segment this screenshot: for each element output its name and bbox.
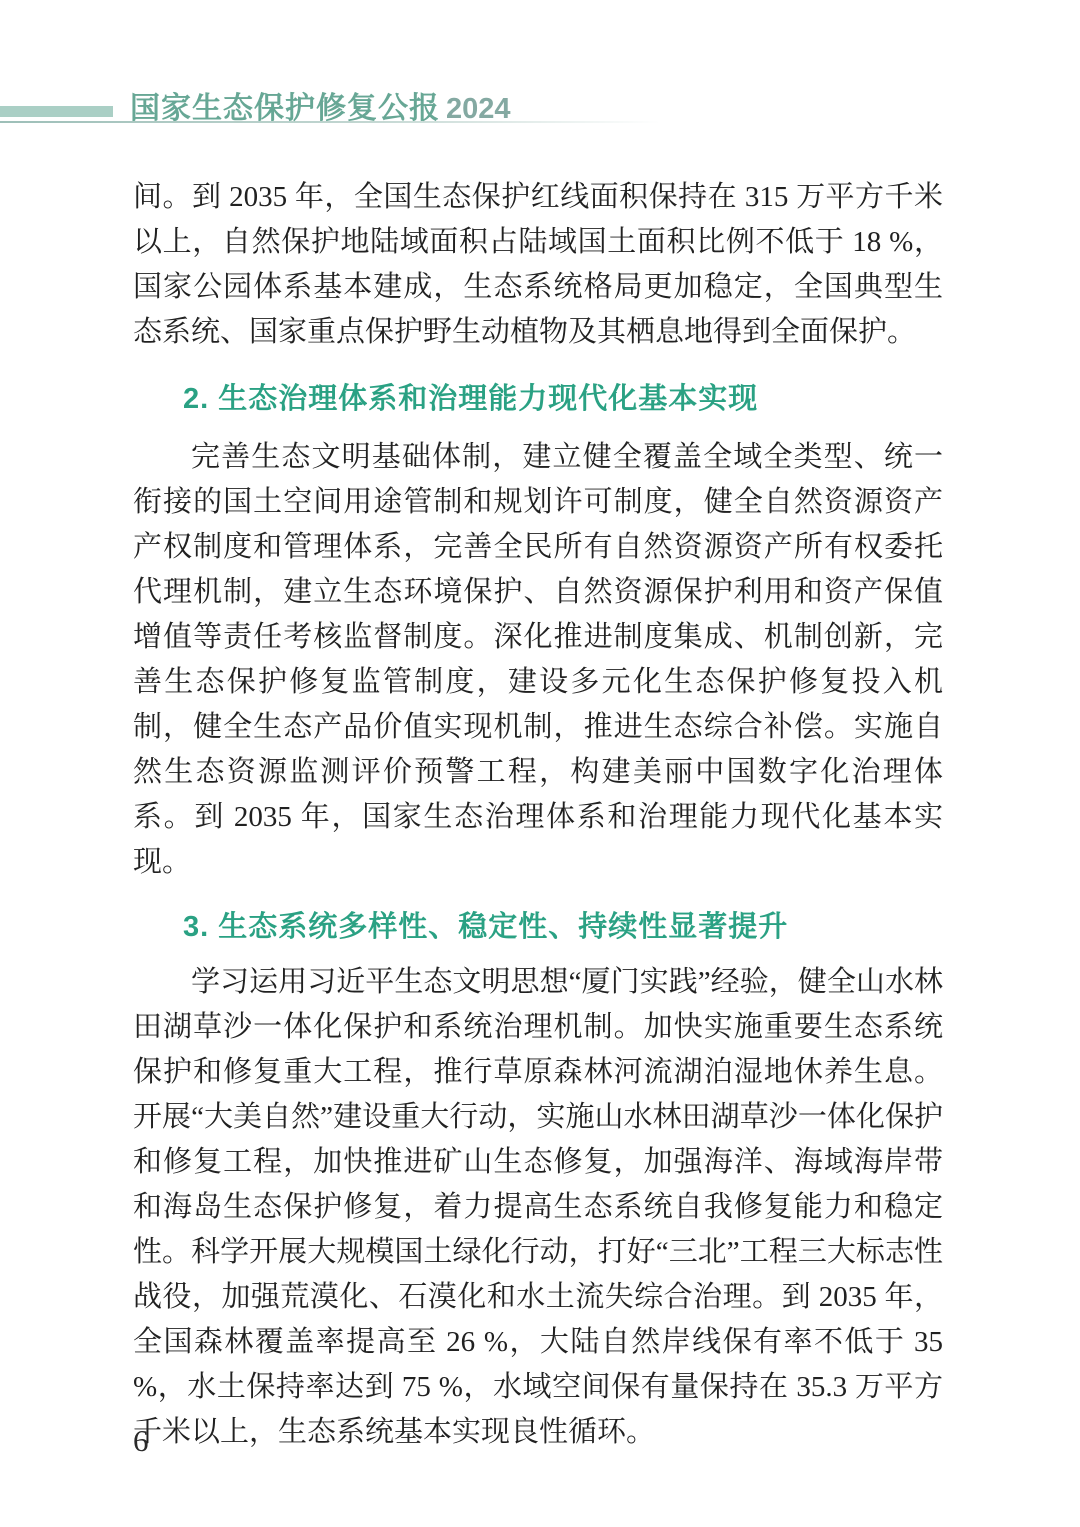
page-content: 间。到 2035 年，全国生态保护红线面积保持在 315 万平方千米以上，自然保… [133, 175, 943, 1455]
header-year: 2024 [446, 93, 511, 125]
header-title-text: 国家生态保护修复公报 [130, 92, 440, 125]
page-number: 6 [133, 1424, 149, 1458]
section-heading-3: 3. 生态系统多样性、稳定性、持续性显著提升 [133, 905, 943, 950]
section-3-paragraph: 学习运用习近平生态文明思想“厦门实践”经验，健全山水林田湖草沙一体化保护和系统治… [133, 960, 943, 1455]
document-header: 国家生态保护修复公报2024 [130, 93, 511, 125]
section-2-paragraph: 完善生态文明基础体制，建立健全覆盖全域全类型、统一衔接的国土空间用途管制和规划许… [133, 435, 943, 885]
document-page: 国家生态保护修复公报2024 间。到 2035 年，全国生态保护红线面积保持在 … [0, 0, 1080, 1527]
header-accent-bar [0, 106, 113, 117]
intro-paragraph: 间。到 2035 年，全国生态保护红线面积保持在 315 万平方千米以上，自然保… [133, 175, 943, 355]
section-heading-2: 2. 生态治理体系和治理能力现代化基本实现 [133, 377, 943, 422]
